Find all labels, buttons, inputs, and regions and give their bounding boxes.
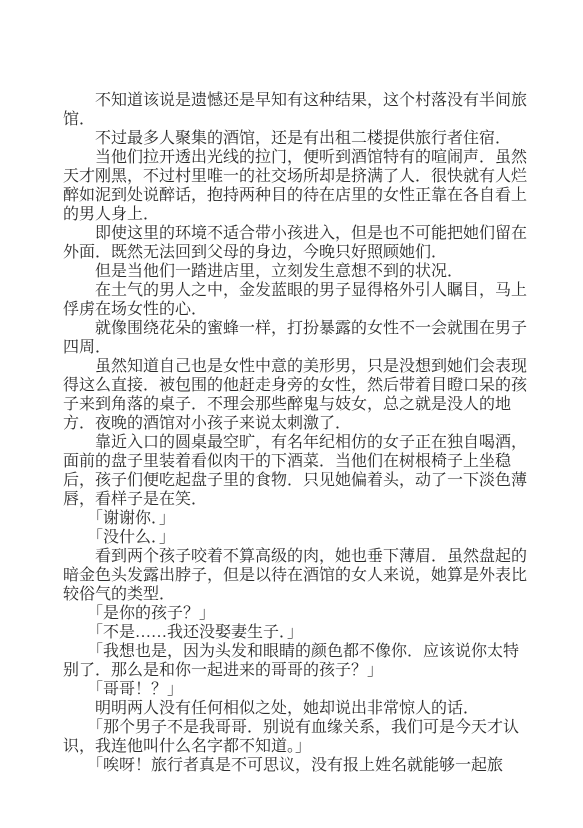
text-line: 的男人身上． (63, 205, 533, 224)
text-line: 子来到角落的桌子．不理会那些醉鬼与妓女，总之就是没人的地 (63, 395, 533, 414)
text-line: 醉如泥到处说醉话，抱持两种目的待在店里的女性正靠在各自看上 (63, 186, 533, 205)
text-line: 别了．那么是和你一起进来的哥哥的孩子？」 (63, 661, 533, 680)
text-line: 四周． (63, 338, 533, 357)
text-line: 明明两人没有任何相似之处，她却说出非常惊人的话． (63, 699, 533, 718)
text-line: 「没什么．」 (63, 528, 533, 547)
text-line: 暗金色头发露出脖子，但是以待在酒馆的女人来说，她算是外表比 (63, 566, 533, 585)
text-line: 看到两个孩子咬着不算高级的肉，她也垂下薄眉．虽然盘起的 (63, 547, 533, 566)
text-line: 即使这里的环境不适合带小孩进入，但是也不可能把她们留在 (63, 224, 533, 243)
text-line: 不过最多人聚集的酒馆，还是有出租二楼提供旅行者住宿． (63, 129, 533, 148)
text-line: 识，我连他叫什么名字都不知道。」 (63, 737, 533, 756)
page-text: 不知道该说是遗憾还是早知有这种结果，这个村落没有半间旅馆． 不过最多人聚集的酒馆… (63, 91, 533, 775)
text-line: 方．夜晚的酒馆对小孩子来说太刺激了． (63, 414, 533, 433)
text-line: 较俗气的类型． (63, 585, 533, 604)
text-line: 「那个男子不是我哥哥．别说有血缘关系，我们可是今天才认 (63, 718, 533, 737)
text-line: 面前的盘子里装着看似肉干的下酒菜．当他们在树根椅子上坐稳 (63, 452, 533, 471)
text-line: 「谢谢你．」 (63, 509, 533, 528)
text-line: 但是当他们一踏进店里，立刻发生意想不到的状况． (63, 262, 533, 281)
text-line: 「我想也是，因为头发和眼睛的颜色都不像你．应该说你太特 (63, 642, 533, 661)
text-line: 「唉呀！旅行者真是不可思议，没有报上姓名就能够一起旅 (63, 756, 533, 775)
text-line: 外面．既然无法回到父母的身边，今晚只好照顾她们． (63, 243, 533, 262)
text-line: 「不是……我还没娶妻生子．」 (63, 623, 533, 642)
text-line: 馆． (63, 110, 533, 129)
text-line: 当他们拉开透出光线的拉门，便听到酒馆特有的喧闹声．虽然 (63, 148, 533, 167)
text-line: 靠近入口的圆桌最空旷，有名年纪相仿的女子正在独自喝酒， (63, 433, 533, 452)
text-line: 就像围绕花朵的蜜蜂一样，打扮暴露的女性不一会就围在男子 (63, 319, 533, 338)
text-line: 唇，看样子是在笑． (63, 490, 533, 509)
text-line: 「哥哥！？」 (63, 680, 533, 699)
text-line: 不知道该说是遗憾还是早知有这种结果，这个村落没有半间旅 (63, 91, 533, 110)
book-page: 不知道该说是遗憾还是早知有这种结果，这个村落没有半间旅馆． 不过最多人聚集的酒馆… (0, 0, 583, 828)
text-line: 后，孩子们便吃起盘子里的食物．只见她偏着头，动了一下淡色薄 (63, 471, 533, 490)
text-line: 在土气的男人之中，金发蓝眼的男子显得格外引人瞩目，马上 (63, 281, 533, 300)
text-line: 虽然知道自己也是女性中意的美形男，只是没想到她们会表现 (63, 357, 533, 376)
text-line: 天才刚黑，不过村里唯一的社交场所却是挤满了人．很快就有人烂 (63, 167, 533, 186)
text-line: 得这么直接．被包围的他赶走身旁的女性，然后带着目瞪口呆的孩 (63, 376, 533, 395)
text-line: 俘虏在场女性的心． (63, 300, 533, 319)
text-line: 「是你的孩子？」 (63, 604, 533, 623)
